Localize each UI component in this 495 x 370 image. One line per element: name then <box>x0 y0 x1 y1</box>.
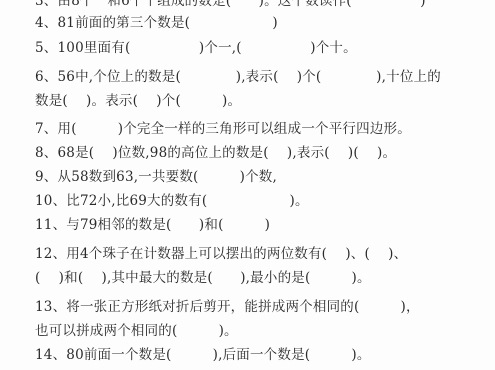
question-13-line-1: 13、将一张正方形纸对折后剪开，能拼成两个相同的( )， <box>35 299 420 315</box>
worksheet-page: 3、由8个一和6个十组成的数是( )。这个数读作( ) 4、81前面的第三个数是… <box>0 0 495 370</box>
question-12-line-1: 12、用4个珠子在计数器上可以摆出的两位数有( )、( )、 <box>35 246 407 262</box>
question-5-line: 5、100里面有( )个一,( )个十。 <box>35 40 357 56</box>
question-13-line-2: 也可以拼成两个相同的( )。 <box>35 323 238 339</box>
question-14-line: 14、80前面一个数是( ),后面一个数是( )。 <box>35 347 371 363</box>
question-8-line: 8、68是( )位数,98的高位上的数是( ),表示( )( )。 <box>35 145 396 161</box>
question-4-line: 4、81前面的第三个数是( ) <box>35 15 278 31</box>
question-10-line: 10、比72小,比69大的数有( )。 <box>35 193 309 209</box>
question-3-line: 3、由8个一和6个十组成的数是( )。这个数读作( ) <box>35 0 426 9</box>
question-6-line-2: 数是( )。表示( )个( )。 <box>35 93 241 109</box>
question-6-line-1: 6、56中,个位上的数是( ),表示( )个( ),十位上的 <box>35 69 441 85</box>
question-11-line: 11、与79相邻的数是( )和( ) <box>35 217 270 233</box>
question-7-line: 7、用( )个完全一样的三角形可以组成一个平行四边形。 <box>35 121 411 137</box>
question-9-line: 9、从58数到63,一共要数( )个数, <box>35 169 277 185</box>
question-12-line-2: ( )和( ),其中最大的数是( ),最小的是( )。 <box>35 270 371 286</box>
